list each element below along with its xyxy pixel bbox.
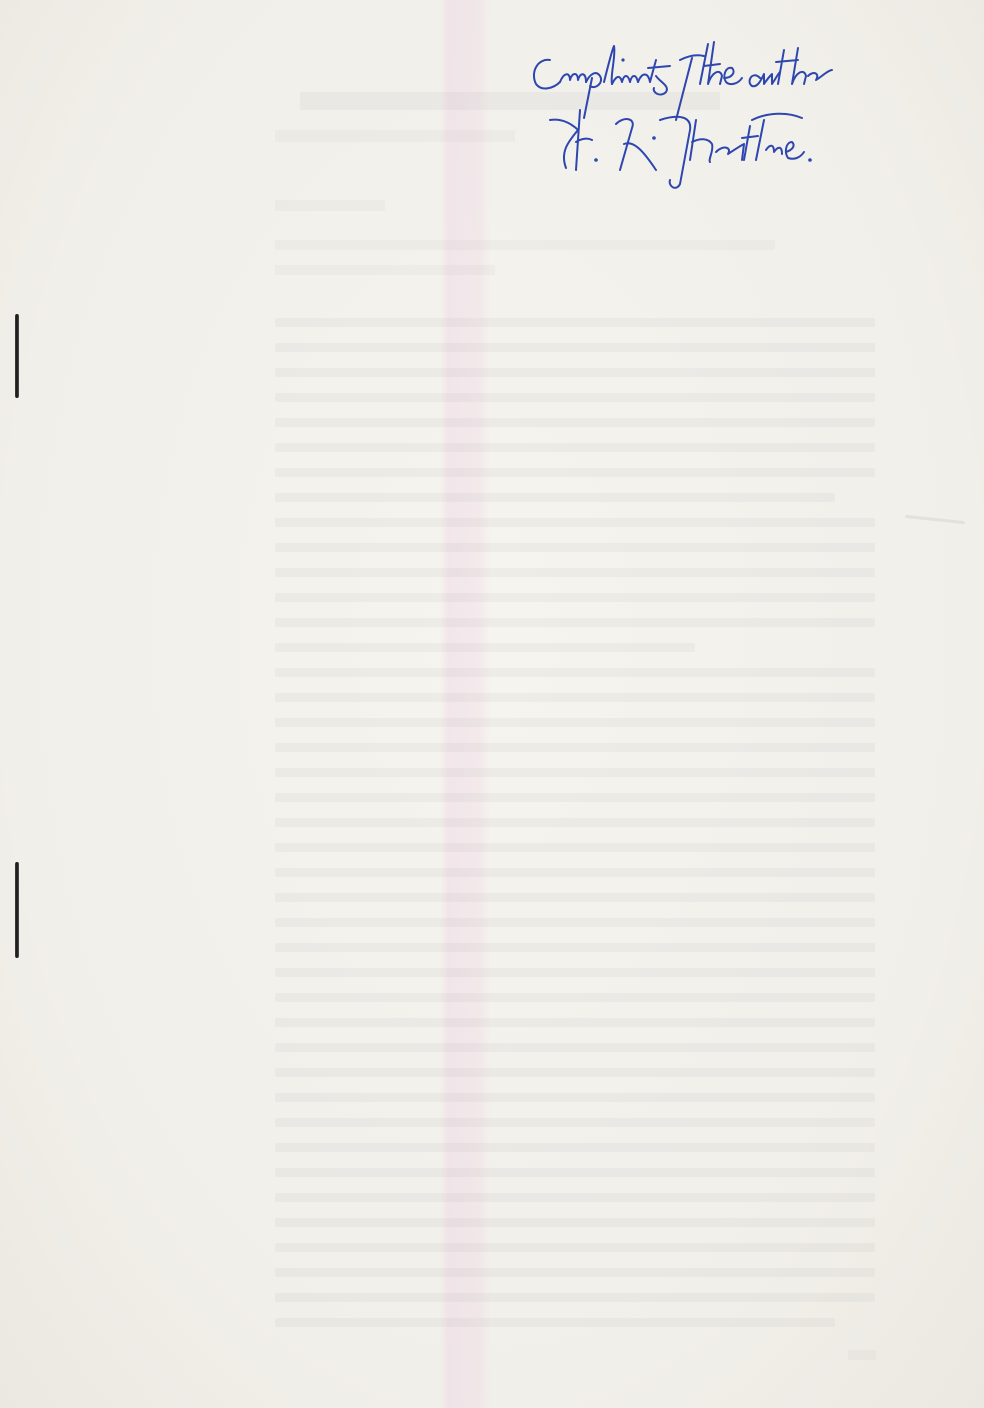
ghost-text-line — [275, 918, 875, 927]
ghost-text-line — [275, 543, 875, 552]
ghost-text-line — [275, 618, 875, 627]
ghost-text-line — [275, 318, 875, 327]
ghost-affiliation-show-through — [275, 240, 775, 250]
ghost-text-line — [275, 418, 875, 427]
ghost-text-line — [275, 868, 875, 877]
ghost-text-line — [275, 1118, 875, 1127]
ghost-text-line — [275, 1193, 875, 1202]
ghost-text-line — [275, 593, 875, 602]
ghost-text-line — [275, 1268, 875, 1277]
ghost-text-line — [275, 743, 875, 752]
ghost-text-line — [275, 943, 875, 952]
ghost-text-line — [275, 793, 875, 802]
ghost-text-line — [275, 1218, 875, 1227]
ghost-text-line — [275, 993, 875, 1002]
ghost-text-line — [275, 893, 875, 902]
paper-crease-mark — [905, 515, 965, 524]
ghost-text-line — [275, 1143, 875, 1152]
ghost-text-line — [275, 718, 875, 727]
ghost-author-show-through — [275, 200, 385, 211]
ghost-text-line — [275, 1068, 875, 1077]
ghost-body-text — [275, 318, 875, 1343]
staple-bottom — [15, 862, 19, 958]
ghost-text-line — [275, 1243, 875, 1252]
ghost-text-line — [275, 818, 875, 827]
ghost-text-line — [275, 1168, 875, 1177]
ghost-text-line — [275, 1093, 875, 1102]
ghost-text-line — [275, 393, 875, 402]
ghost-date-show-through — [275, 265, 495, 275]
ghost-text-line — [275, 518, 875, 527]
ghost-text-line — [275, 1293, 875, 1302]
ghost-text-line — [275, 1043, 875, 1052]
ghost-text-line — [275, 343, 875, 352]
ghost-text-line — [275, 968, 875, 977]
ghost-text-line — [275, 643, 695, 652]
ghost-text-line — [275, 668, 875, 677]
ghost-text-line — [275, 468, 875, 477]
ghost-page-number — [848, 1350, 876, 1360]
ghost-text-line — [275, 693, 875, 702]
ghost-text-line — [275, 843, 875, 852]
handwritten-inscription: Compliments of the author H. K. Hartline — [520, 20, 980, 190]
ghost-text-line — [275, 443, 875, 452]
ghost-text-line — [275, 493, 835, 502]
scanned-page: Compliments of the author H. K. Hartline — [0, 0, 984, 1408]
ghost-subtitle-show-through — [275, 130, 515, 142]
ghost-text-line — [275, 768, 875, 777]
staple-top — [15, 314, 19, 398]
ghost-text-line — [275, 1318, 835, 1327]
signature-ink — [520, 20, 980, 190]
ghost-text-line — [275, 1018, 875, 1027]
ghost-text-line — [275, 568, 875, 577]
ghost-text-line — [275, 368, 875, 377]
